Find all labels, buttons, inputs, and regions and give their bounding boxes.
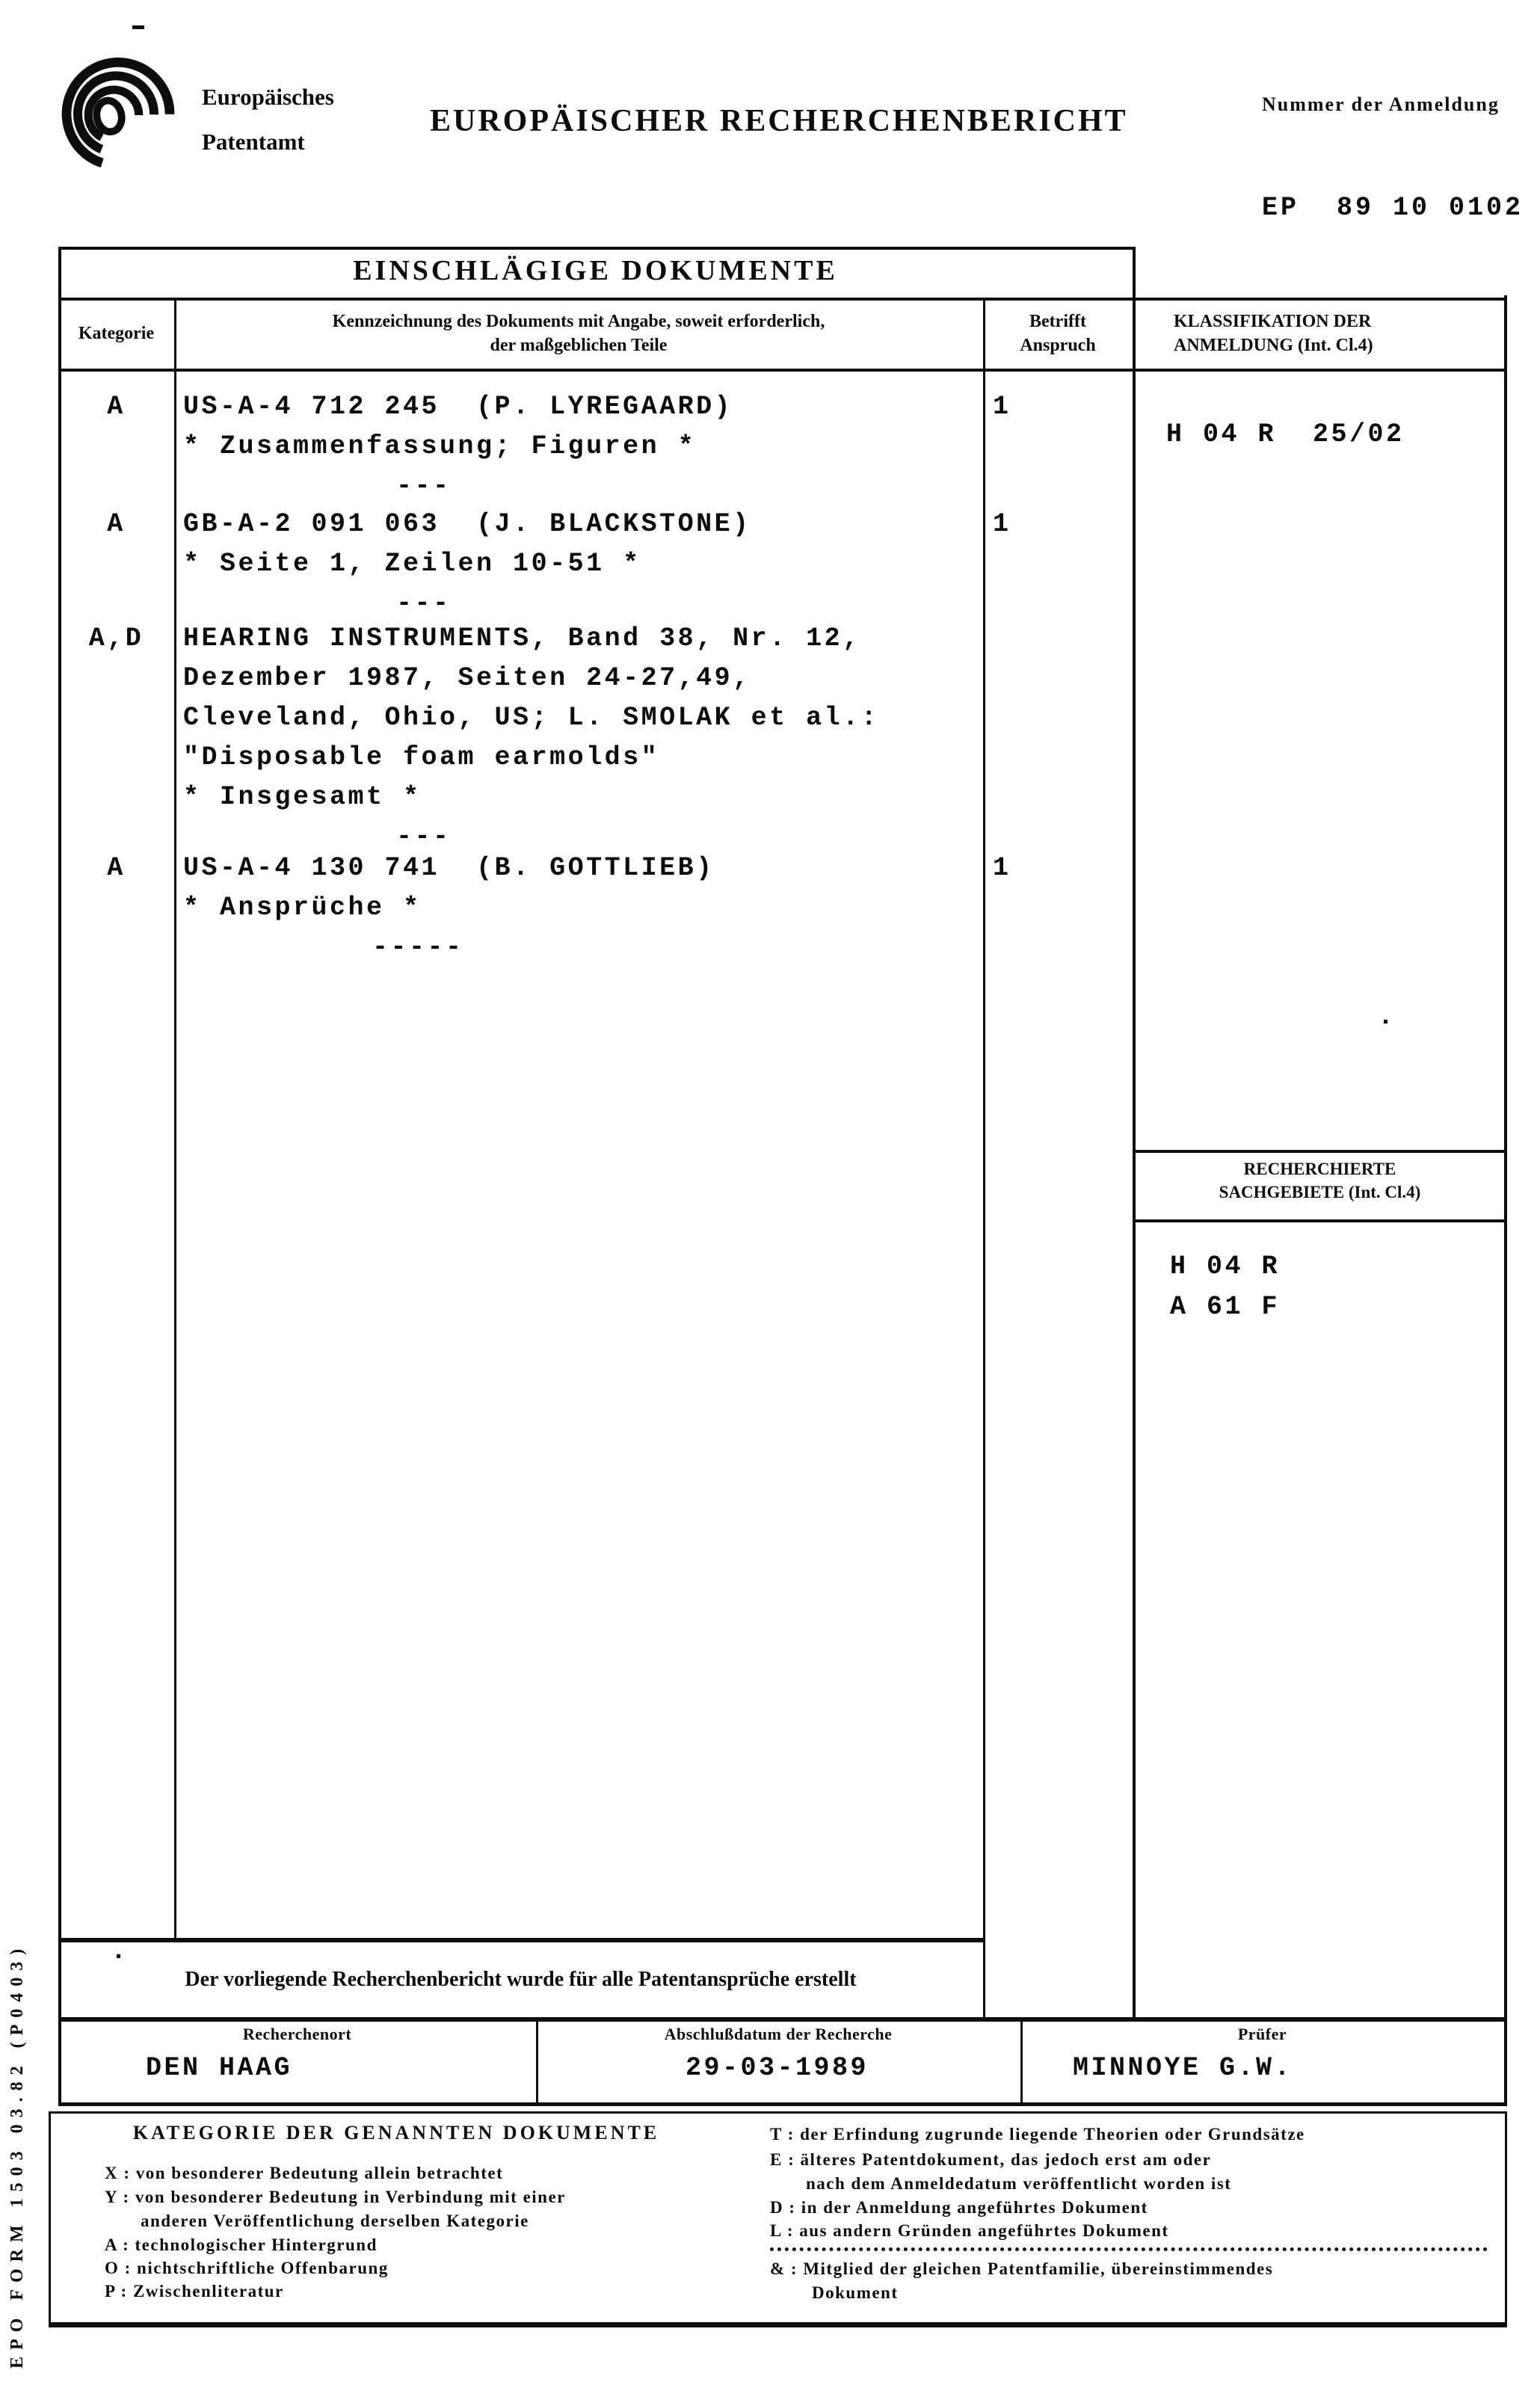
legend-box-top-line [49,2111,1507,2114]
column-header-claim-line1: Betrifft [983,310,1133,333]
table-title: EINSCHLÄGIGE DOKUMENTE [58,254,1133,287]
examiner-value: MINNOYE G.W. [1073,2049,1293,2088]
legend-box-left [49,2111,51,2324]
citation-text-line: Dezember 1987, Seiten 24-27,49, [183,659,751,698]
column-header-classification: KLASSIFIKATION DER ANMELDUNG (Int. Cl.4) [1174,310,1507,357]
category-column-divider [174,298,176,1938]
citation-text-line: US-A-4 130 741 (B. GOTTLIEB) [183,849,715,888]
column-header-citation: Kennzeichnung des Dokuments mit Angabe, … [174,310,983,357]
classification-column-divider [1133,247,1136,2017]
column-header-claim-line2: Anspruch [983,333,1133,357]
legend-entry-x: X : von besonderer Bedeutung allein betr… [105,2164,503,2183]
application-number-label: Nummer der Anmeldung [1262,93,1500,116]
citation-claim: 1 [993,849,1011,888]
application-number: EP 89 10 0102 [1262,188,1524,228]
legend-entry-p: P : Zwischenliteratur [105,2282,284,2301]
citation-separator: --- [396,584,452,624]
table-border-right [1504,295,1507,2106]
statement-row-top-line [58,1938,985,1942]
legend-box-right [1505,2111,1507,2324]
citation-text-line: "Disposable foam earmolds" [183,738,659,778]
searched-box-top-line [1133,1150,1507,1153]
legend-entry-e-cont: nach dem Anmeldedatum veröffentlicht wor… [806,2174,1231,2194]
legend-entry-t: T : der Erfindung zugrunde liegende Theo… [770,2125,1305,2144]
report-title: EUROPÄISCHER RECHERCHENBERICHT [430,103,1128,139]
legend-dotted-divider [770,2247,1488,2251]
citation-category: A [58,505,174,544]
searched-fields-header: RECHERCHIERTE SACHGEBIETE (Int. Cl.4) [1136,1157,1504,1204]
citation-text-line: HEARING INSTRUMENTS, Band 38, Nr. 12, [183,619,861,659]
column-header-citation-line1: Kennzeichnung des Dokuments mit Angabe, … [174,310,983,333]
date-of-search-label: Abschlußdatum der Recherche [536,2025,1020,2044]
citation-text-line: Cleveland, Ohio, US; L. SMOLAK et al.: [183,698,879,738]
legend-title: KATEGORIE DER GENANNTEN DOKUMENTE [90,2122,703,2144]
column-header-classification-line1: KLASSIFIKATION DER [1174,310,1507,333]
legend-box-bottom-line [49,2322,1507,2327]
citation-text-line: * Ansprüche * [183,888,422,928]
stray-tick-mark [132,25,144,29]
citation-text-line: * Seite 1, Zeilen 10-51 * [183,544,641,584]
legend-entry-family: & : Mitglied der gleichen Patentfamilie,… [770,2259,1273,2279]
citation-claim: 1 [993,387,1011,427]
footer-row-top-line [58,2017,1507,2022]
citation-text-line: * Zusammenfassung; Figuren * [183,427,696,467]
legend-entry-a: A : technologischer Hintergrund [105,2235,378,2255]
table-line-under-title [58,298,1507,301]
office-name-line2: Patentamt [202,129,305,156]
legend-entry-d: D : in der Anmeldung angeführtes Dokumen… [770,2198,1148,2218]
stray-dot-mark: . [1378,1002,1393,1032]
classification-value: H 04 R 25/02 [1166,415,1405,455]
legend-entry-l: L : aus andern Gründen angeführtes Dokum… [770,2221,1169,2241]
legend-entry-family-cont: Dokument [812,2283,899,2303]
column-header-citation-line2: der maßgeblichen Teile [174,333,983,357]
table-line-under-colheads [58,369,1507,372]
searched-field: A 61 F [1170,1287,1280,1327]
table-border-top [58,247,1136,250]
searched-fields-header-line1: RECHERCHIERTE [1136,1157,1504,1181]
legend-entry-o: O : nichtschriftliche Offenbarung [105,2259,389,2278]
column-header-category: Kategorie [58,321,174,345]
citation-text-line: * Insgesamt * [183,778,422,817]
citation-text-line: GB-A-2 091 063 (J. BLACKSTONE) [183,505,751,544]
form-number-note: EPO FORM 1503 03.82 (P0403) [7,1942,28,2369]
footer-row-bottom-line [58,2102,1507,2106]
citation-category: A,D [58,619,174,659]
examiner-label: Prüfer [1020,2025,1504,2044]
claim-column-divider [983,298,985,2017]
citation-claim: 1 [993,505,1011,544]
date-of-search-value: 29-03-1989 [686,2049,869,2088]
searched-fields-header-line2: SACHGEBIETE (Int. Cl.4) [1136,1181,1504,1204]
searched-box-bottom-line [1133,1219,1507,1222]
office-name-line1: Europäisches [202,84,334,111]
citation-category: A [58,387,174,427]
legend-entry-e: E : älteres Patentdokument, das jedoch e… [770,2150,1211,2170]
citation-category: A [58,849,174,888]
epo-logo-icon [60,31,172,196]
place-of-search-value: DEN HAAG [146,2049,292,2088]
place-of-search-label: Recherchenort [58,2025,536,2044]
citation-separator: --- [396,467,452,506]
column-header-classification-line2: ANMELDUNG (Int. Cl.4) [1174,333,1507,357]
legend-entry-y-cont: anderen Veröffentlichung derselben Kateg… [141,2212,529,2231]
searched-field: H 04 R [1170,1247,1280,1287]
citation-separator: ----- [372,928,464,967]
search-report-page: Europäisches Patentamt EUROPÄISCHER RECH… [0,0,1540,2385]
legend-entry-y: Y : von besonderer Bedeutung in Verbindu… [105,2188,566,2207]
citation-text-line: US-A-4 712 245 (P. LYREGAARD) [183,387,733,427]
stray-dot-mark: . [111,1936,126,1966]
search-statement: Der vorliegende Recherchenbericht wurde … [58,1968,983,1992]
column-header-claim: Betrifft Anspruch [983,310,1133,357]
